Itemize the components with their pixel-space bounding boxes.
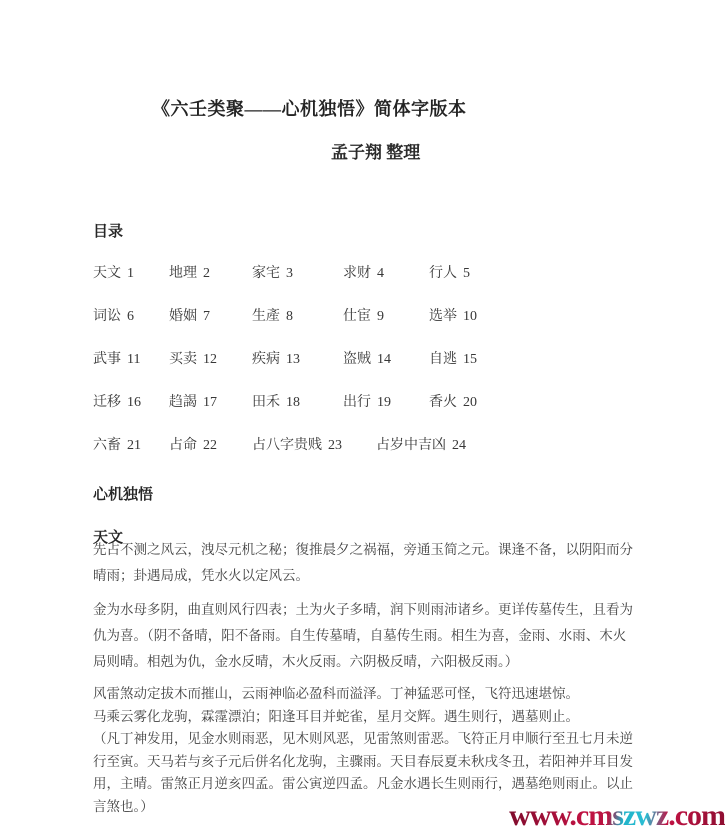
toc-entry-page: 10 [463,309,477,324]
toc-row: 词讼6 婚姻7 生產8 仕宦9 选举10 [93,293,653,336]
toc-entry-label: 盗贼 [343,352,371,367]
toc-entry-label: 田禾 [252,395,280,410]
toc-entry-page: 7 [203,309,210,324]
toc-entry-page: 14 [377,352,391,367]
toc-entry-page: 8 [286,309,293,324]
toc-entry: 生產8 [252,305,343,325]
toc-entry-page: 13 [286,352,300,367]
toc-entry-label: 香火 [429,395,457,410]
paragraph: 金为水母多阴，曲直则风行四表；土为火子多晴，润下则雨沛诸乡。更详传墓传生，且看为… [93,597,655,675]
toc-entry: 买卖12 [169,348,252,368]
toc-entry: 疾病13 [252,348,343,368]
toc-entry-label: 出行 [343,395,371,410]
toc-entry-page: 1 [127,266,134,281]
toc-entry-label: 天文 [93,266,121,281]
toc-entry: 趋謁17 [169,391,252,411]
toc-entry: 天文1 [93,262,169,282]
toc-entry-label: 婚姻 [169,309,197,324]
toc-entry: 出行19 [343,391,429,411]
toc-entry-label: 买卖 [169,352,197,367]
toc-entry: 迁移16 [93,391,169,411]
toc-entry: 盗贼14 [343,348,429,368]
toc-entry-label: 武事 [93,352,121,367]
toc-entry-label: 迁移 [93,395,121,410]
toc-row: 天文1 地理2 家宅3 求财4 行人5 [93,250,653,293]
toc-row: 武事11 买卖12 疾病13 盗贼14 自逃15 [93,336,653,379]
toc-entry-label: 占八字贵贱 [252,438,322,453]
toc-entry-page: 23 [328,438,342,453]
toc-entry-page: 6 [127,309,134,324]
toc-entry: 求财4 [343,262,429,282]
document-page: 《六壬类聚——心机独悟》简体字版本 孟子翔 整理 目录 天文1 地理2 家宅3 … [0,0,725,835]
toc-entry-page: 17 [203,395,217,410]
toc-entry: 六畜21 [93,434,169,454]
toc-entry-page: 3 [286,266,293,281]
toc-entry-label: 家宅 [252,266,280,281]
toc-entry-page: 18 [286,395,300,410]
toc-entry-page: 4 [377,266,384,281]
toc-entry-label: 仕宦 [343,309,371,324]
toc-entry: 武事11 [93,348,169,368]
toc-entry-page: 5 [463,266,470,281]
toc-entry-page: 20 [463,395,477,410]
toc-entry: 香火20 [429,391,477,411]
toc-entry-page: 24 [452,438,466,453]
toc-entry-label: 地理 [169,266,197,281]
toc-entry-label: 生產 [252,309,280,324]
toc-heading: 目录 [93,220,123,241]
toc-entry-label: 占岁中吉凶 [376,438,446,453]
toc-entry-label: 行人 [429,266,457,281]
body-text: 先占不测之风云，洩尽元机之秘；復推晨夕之祸福，旁通玉简之元。课逢不备，以阴阳而分… [93,537,655,826]
toc-entry-page: 11 [127,352,140,367]
toc-entry-label: 疾病 [252,352,280,367]
toc-entry: 占岁中吉凶24 [376,434,466,454]
toc-entry-label: 趋謁 [169,395,197,410]
toc-entry-label: 词讼 [93,309,121,324]
toc-entry-page: 12 [203,352,217,367]
toc-entry-label: 六畜 [93,438,121,453]
toc-row: 六畜21 占命22 占八字贵贱23 占岁中吉凶24 [93,422,653,465]
toc-entry: 自逃15 [429,348,477,368]
toc-entry: 词讼6 [93,305,169,325]
toc-entry: 选举10 [429,305,477,325]
toc-entry-page: 21 [127,438,141,453]
toc-row: 迁移16 趋謁17 田禾18 出行19 香火20 [93,379,653,422]
toc-entry-page: 2 [203,266,210,281]
toc-entry: 仕宦9 [343,305,429,325]
toc-entry-page: 22 [203,438,217,453]
paragraph: 先占不测之风云，洩尽元机之秘；復推晨夕之祸福，旁通玉简之元。课逢不备，以阴阳而分… [93,537,655,589]
toc-entry: 占命22 [169,434,252,454]
toc-entry-page: 15 [463,352,477,367]
document-title: 《六壬类聚——心机独悟》简体字版本 [152,95,467,121]
toc-entry: 行人5 [429,262,470,282]
toc-entry-label: 占命 [169,438,197,453]
document-byline: 孟子翔 整理 [331,138,420,163]
table-of-contents: 天文1 地理2 家宅3 求财4 行人5 词讼6 婚姻7 生產8 仕宦9 选举10… [93,250,653,465]
toc-entry-label: 自逃 [429,352,457,367]
toc-entry: 地理2 [169,262,252,282]
toc-entry-page: 19 [377,395,391,410]
toc-entry-label: 选举 [429,309,457,324]
toc-entry: 田禾18 [252,391,343,411]
toc-entry-page: 9 [377,309,384,324]
paragraph: 风雷煞动定拔木而摧山，云雨神临必盈科而溢泽。丁神猛恶可怪，飞符迅速堪惊。 马乘云… [93,683,655,818]
section-heading: 心机独悟 [93,483,153,504]
toc-entry-label: 求财 [343,266,371,281]
watermark-url: www.cmszwz.com [509,799,725,833]
toc-entry: 婚姻7 [169,305,252,325]
toc-entry: 家宅3 [252,262,343,282]
toc-entry: 占八字贵贱23 [252,434,376,454]
toc-entry-page: 16 [127,395,141,410]
